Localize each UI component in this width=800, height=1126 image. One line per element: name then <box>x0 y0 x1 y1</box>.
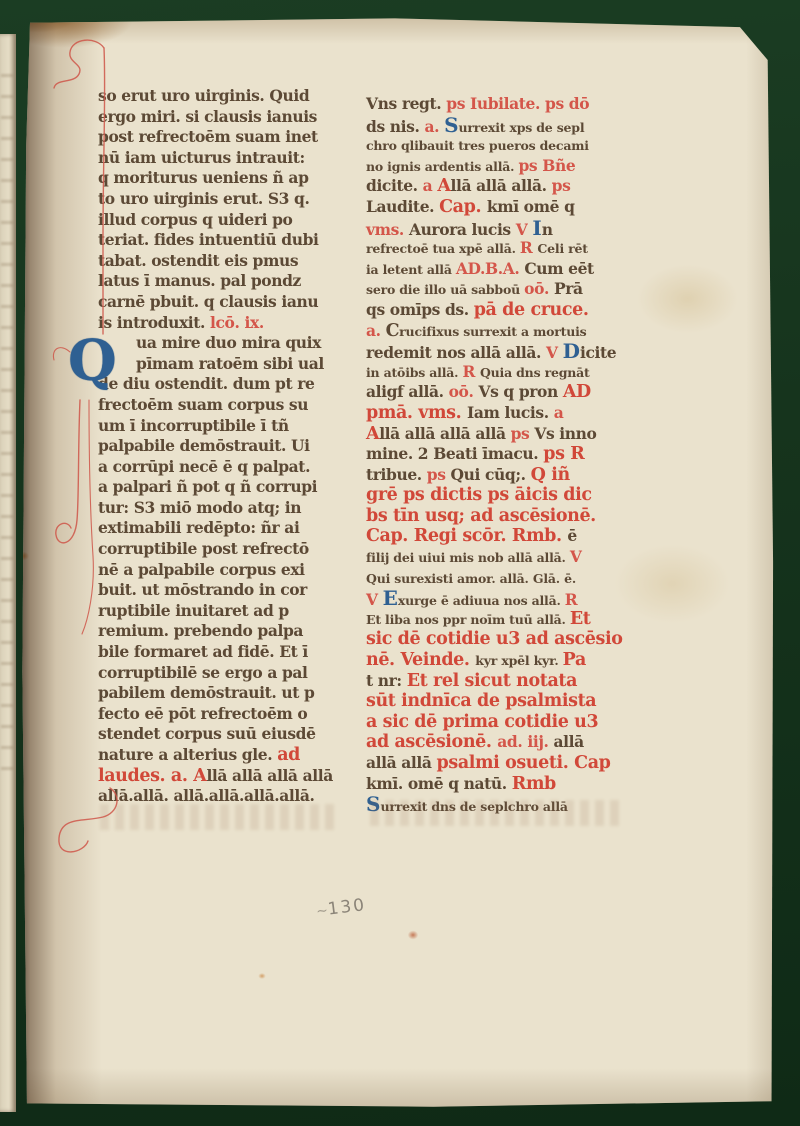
rubric-text: A <box>193 766 206 786</box>
pencil-folio-number: ~130 <box>315 895 367 921</box>
body-text: de diu ostendit. dum pt re <box>98 374 314 393</box>
facing-page-text-showthrough <box>1 74 13 774</box>
body-text: palpabile demōstrauit. Ui <box>98 436 310 455</box>
body-text: llā allā allā allā <box>206 766 332 785</box>
body-text: bile formaret ad fidē. Et ī <box>98 642 308 661</box>
rubric-text: R <box>520 238 537 257</box>
rubric-text: ps Iubilate. ps dō <box>446 94 589 113</box>
body-text: ia letent allā <box>366 262 456 277</box>
body-text: Laudite. <box>366 197 439 216</box>
rubric-text: a <box>423 176 438 195</box>
text-line: vms. Aurora lucis V In <box>366 218 634 239</box>
body-text: Cum eēt <box>524 259 594 278</box>
text-line: is introduxit. lcō. ix. <box>98 313 354 334</box>
body-text: carnē pbuit. q clausis ianu <box>98 292 318 311</box>
body-text: corruptibile post refrectō <box>98 539 309 558</box>
body-text: Aurora lucis <box>409 220 516 239</box>
body-text: so erut uro uirginis. Quid <box>98 86 309 105</box>
folio-number: 130 <box>327 895 368 920</box>
text-line: kmī. omē q natū. Rmb <box>366 774 634 795</box>
text-line: V Exurge ē adiuua nos allā. R <box>366 588 634 609</box>
body-text: ruptibile inuitaret ad p <box>98 601 289 620</box>
text-line: ruptibile inuitaret ad p <box>98 601 354 622</box>
illuminated-initial-q: Q <box>68 336 117 386</box>
body-text: a palpari ñ pot q ñ corrupi <box>98 477 317 496</box>
text-line: sūt indnīca de psalmista <box>366 691 634 712</box>
text-line: redemit nos allā allā. V Dicite <box>366 341 634 362</box>
text-line: so erut uro uirginis. Quid <box>98 86 354 107</box>
text-line: Vns regt. ps Iubilate. ps dō <box>366 94 634 115</box>
text-line: a. Crucifixus surrexit a mortuis <box>366 321 634 342</box>
text-line: refrectoē tua xpē allā. R Celi rēt <box>366 238 634 259</box>
rubric-text: R <box>462 362 479 381</box>
text-line: no ignis ardentis allā. ps Bñe <box>366 156 634 177</box>
rubric-text: V <box>516 220 533 239</box>
text-line: teriat. fides intuentiū dubi <box>98 230 354 251</box>
text-line: Et liba nos ppr noīm tuū allā. Et <box>366 609 634 630</box>
text-line: palpabile demōstrauit. Ui <box>98 436 354 457</box>
body-text: nē a palpabile corpus exi <box>98 560 305 579</box>
rubric-text: lcō. ix. <box>210 313 264 332</box>
text-line: ad ascēsionē. ad. iij. allā <box>366 732 634 753</box>
text-line: illud corpus q uideri po <box>98 210 354 231</box>
text-line: grē ps dictis ps āicis dic <box>366 485 634 506</box>
body-text: llā allā allā allā <box>379 424 510 443</box>
body-text: post refrectoēm suam inet <box>98 127 318 146</box>
rubric-text: ad <box>277 745 300 765</box>
text-line: sic dē cotidie u3 ad ascēsio <box>366 629 634 650</box>
rubric-text: Rmb <box>512 774 556 794</box>
text-line: tribue. ps Qui cūq;. Q iñ <box>366 465 634 486</box>
text-column-right: Vns regt. ps Iubilate. ps dōds nis. a. S… <box>366 94 634 815</box>
rubric-text: Q iñ <box>531 465 570 485</box>
body-text: pīmam ratoēm sibi ual <box>136 354 324 373</box>
rubric-text: Et <box>570 609 591 629</box>
text-line: post refrectoēm suam inet <box>98 127 354 148</box>
text-line: Laudite. Cap. kmī omē q <box>366 197 634 218</box>
rubric-text: A <box>366 424 379 444</box>
rubric-text: a. <box>366 321 386 340</box>
body-text: illud corpus q uideri po <box>98 210 292 229</box>
text-line: ua mire duo mira quix <box>98 333 354 354</box>
text-line: chro qlibauit tres pueros decami <box>366 135 634 156</box>
body-text: fecto eē pōt refrectoēm o <box>98 704 307 723</box>
text-line: um ī incorruptibile ī tñ <box>98 416 354 437</box>
text-line: sero die illo uā sabboū oō. Prā <box>366 279 634 300</box>
body-text: n <box>542 220 553 239</box>
rubric-text: ad ascēsionē. <box>366 732 497 752</box>
text-line: dicite. a Allā allā allā. ps <box>366 176 634 197</box>
rubric-text: pā de cruce. <box>474 300 589 320</box>
text-line: to uro uirginis erut. S3 q. <box>98 189 354 210</box>
rubric-text: pmā. vms. <box>366 403 467 423</box>
text-line: corruptibilē se ergo a pal <box>98 663 354 684</box>
rubric-text: ps <box>427 465 451 484</box>
body-text: nature a alterius gle. <box>98 745 277 764</box>
rubric-text: bs tīn usq; ad ascēsionē. <box>366 506 596 526</box>
body-text: ds nis. <box>366 117 424 136</box>
body-text: t nr: <box>366 671 407 690</box>
text-line: latus ī manus. pal pondz <box>98 271 354 292</box>
body-text: pabilem demōstrauit. ut p <box>98 683 314 702</box>
body-text: allā allā <box>366 753 437 772</box>
rubric-text: ad. iij. <box>497 732 553 751</box>
body-text: kmī omē q <box>487 197 575 216</box>
rubric-text: V <box>570 547 582 566</box>
text-line: bs tīn usq; ad ascēsionē. <box>366 506 634 527</box>
body-text: chro qlibauit tres pueros decami <box>366 138 589 153</box>
body-text: sero die illo uā sabboū <box>366 282 524 297</box>
text-line: pabilem demōstrauit. ut p <box>98 683 354 704</box>
rubric-text: laudes. a. <box>98 766 193 786</box>
body-text: extimabili redēpto: ñr ai <box>98 518 299 537</box>
text-line: Qui surexisti amor. allā. Glā. ē. <box>366 568 634 589</box>
body-text: tabat. ostendit eis pmus <box>98 251 298 270</box>
body-text: Quia dns regnāt <box>480 365 590 380</box>
body-text: nū iam uicturus intrauit: <box>98 148 305 167</box>
body-text: kyr xpēl kyr. <box>475 653 562 668</box>
rubric-text: A <box>437 176 450 196</box>
pencil-squiggle: ~ <box>315 903 329 920</box>
text-line: nē. Veinde. kyr xpēl kyr. Pa <box>366 650 634 671</box>
body-text: remium. prebendo palpa <box>98 621 303 640</box>
text-line: buit. ut mōstrando in cor <box>98 580 354 601</box>
rubric-text: oō. <box>524 279 554 298</box>
blue-initial: S <box>444 113 458 137</box>
text-line: q moriturus ueniens ñ ap <box>98 168 354 189</box>
body-text: mine. 2 Beati īmacu. <box>366 444 543 463</box>
text-line: laudes. a. Allā allā allā allā <box>98 766 354 787</box>
rubric-text: a <box>554 403 564 422</box>
rubric-text: Cap. <box>439 197 487 217</box>
rubric-text: vms. <box>366 220 409 239</box>
body-text: to uro uirginis erut. S3 q. <box>98 189 309 208</box>
text-line: de diu ostendit. dum pt re <box>98 374 354 395</box>
body-text: refrectoē tua xpē allā. <box>366 241 520 256</box>
body-text: llā allā allā. <box>451 176 552 195</box>
showthrough-left <box>100 804 340 830</box>
blue-initial: D <box>563 339 580 363</box>
body-text: rucifixus surrexit a mortuis <box>399 324 586 339</box>
text-line: remium. prebendo palpa <box>98 621 354 642</box>
text-line: pīmam ratoēm sibi ual <box>98 354 354 375</box>
body-text: allā.allā. allā.allā.allā.allā. <box>98 786 315 805</box>
text-line: bile formaret ad fidē. Et ī <box>98 642 354 663</box>
rubric-text: nē. Veinde. <box>366 650 475 670</box>
rubric-text: Pa <box>563 650 586 670</box>
text-line: tabat. ostendit eis pmus <box>98 251 354 272</box>
body-text: Vns regt. <box>366 94 446 113</box>
rubric-text: ps <box>511 424 535 443</box>
body-text: buit. ut mōstrando in cor <box>98 580 307 599</box>
rubric-text: sic dē cotidie u3 ad ascēsio <box>366 629 623 649</box>
body-text: Vs inno <box>534 424 596 443</box>
rubric-text: ps <box>552 176 571 195</box>
text-line: extimabili redēpto: ñr ai <box>98 518 354 539</box>
text-line: Allā allā allā allā ps Vs inno <box>366 424 634 445</box>
text-line: carnē pbuit. q clausis ianu <box>98 292 354 313</box>
body-text: a corrūpi necē ē q palpat. <box>98 457 310 476</box>
showthrough-right <box>370 800 620 826</box>
rubric-text: Cap. Regi scōr. Rmb. <box>366 526 567 546</box>
rubric-text: grē ps dictis ps āicis dic <box>366 485 592 505</box>
body-text: xurge ē adiuua nos allā. <box>398 593 565 608</box>
text-line: Cap. Regi scōr. Rmb. ē <box>366 526 634 547</box>
body-text: latus ī manus. pal pondz <box>98 271 301 290</box>
rubric-text: R <box>565 590 577 609</box>
text-line: frectoēm suam corpus su <box>98 395 354 416</box>
blue-initial: E <box>383 586 398 610</box>
body-text: kmī. omē q natū. <box>366 774 512 793</box>
text-line: corruptibile post refrectō <box>98 539 354 560</box>
body-text: teriat. fides intuentiū dubi <box>98 230 319 249</box>
body-text: tur: S3 miō modo atq; in <box>98 498 301 517</box>
text-line: a palpari ñ pot q ñ corrupi <box>98 477 354 498</box>
rubric-text: a. <box>424 117 444 136</box>
body-text: urrexit xps de sepl <box>459 120 585 135</box>
text-line: in atōibs allā. R Quia dns regnāt <box>366 362 634 383</box>
text-line: fecto eē pōt refrectoēm o <box>98 704 354 725</box>
rubric-text: psalmi osueti. Cap <box>437 753 611 773</box>
text-line: tur: S3 miō modo atq; in <box>98 498 354 519</box>
text-line: filij dei uiui mis nob allā allā. V <box>366 547 634 568</box>
blue-initial: I <box>532 216 541 240</box>
text-line: nature a alterius gle. ad <box>98 745 354 766</box>
body-text: Prā <box>554 279 583 298</box>
body-text: no ignis ardentis allā. <box>366 159 518 174</box>
text-column-left: so erut uro uirginis. Quidergo miri. si … <box>98 86 354 807</box>
text-line: t nr: Et rel sicut notata <box>366 671 634 692</box>
body-text: filij dei uiui mis nob allā allā. <box>366 550 570 565</box>
body-text: Iam lucis. <box>467 403 554 422</box>
body-text: q moriturus ueniens ñ ap <box>98 168 309 187</box>
text-line: a corrūpi necē ē q palpat. <box>98 457 354 478</box>
text-line: pmā. vms. Iam lucis. a <box>366 403 634 424</box>
text-line: ds nis. a. Surrexit xps de sepl <box>366 115 634 136</box>
text-line: a sic dē prima cotidie u3 <box>366 712 634 733</box>
body-text: Et liba nos ppr noīm tuū allā. <box>366 612 570 627</box>
body-text: Vs q pron <box>478 382 562 401</box>
body-text: Celi rēt <box>537 241 587 256</box>
body-text: redemit nos allā allā. <box>366 343 546 362</box>
text-line: qs omīps ds. pā de cruce. <box>366 300 634 321</box>
text-line: ia letent allā AD.B.A. Cum eēt <box>366 259 634 280</box>
body-text: frectoēm suam corpus su <box>98 395 308 414</box>
text-line: nū iam uicturus intrauit: <box>98 148 354 169</box>
rubric-text: Et rel sicut notata <box>407 671 577 691</box>
rubric-text: AD.B.A. <box>456 259 524 278</box>
body-text: icite <box>580 343 616 362</box>
body-text: C <box>386 321 400 341</box>
text-line: stendet corpus suū eiusdē <box>98 724 354 745</box>
body-text: dicite. <box>366 176 423 195</box>
body-text: Qui cūq;. <box>451 465 531 484</box>
body-text: stendet corpus suū eiusdē <box>98 724 316 743</box>
text-line: nē a palpabile corpus exi <box>98 560 354 581</box>
text-line: aligf allā. oō. Vs q pron AD <box>366 382 634 403</box>
rubric-text: V <box>366 590 383 609</box>
body-text: Qui surexisti amor. allā. Glā. ē. <box>366 571 576 586</box>
rubric-text: ps Bñe <box>518 156 575 175</box>
rubric-text: V <box>546 343 563 362</box>
body-text: allā <box>554 732 584 751</box>
body-text: qs omīps ds. <box>366 300 474 319</box>
body-text: in atōibs allā. <box>366 365 462 380</box>
text-line: ergo miri. si clausis ianuis <box>98 107 354 128</box>
rubric-text: AD <box>563 382 591 402</box>
body-text: aligf allā. <box>366 382 449 401</box>
rubric-text: ps R <box>543 444 584 464</box>
manuscript-page: so erut uro uirginis. Quidergo miri. si … <box>10 14 780 1110</box>
body-text: ergo miri. si clausis ianuis <box>98 107 317 126</box>
text-line: allā allā psalmi osueti. Cap <box>366 753 634 774</box>
body-text: um ī incorruptibile ī tñ <box>98 416 289 435</box>
underlying-page-edge <box>0 34 16 1112</box>
body-text: tribue. <box>366 465 427 484</box>
rubric-text: a sic dē prima cotidie u3 <box>366 712 598 732</box>
body-text: ē <box>567 526 576 545</box>
body-text: ua mire duo mira quix <box>136 333 321 352</box>
body-text: corruptibilē se ergo a pal <box>98 663 308 682</box>
text-line: mine. 2 Beati īmacu. ps R <box>366 444 634 465</box>
rubric-text: oō. <box>449 382 479 401</box>
rubric-text: sūt indnīca de psalmista <box>366 691 596 711</box>
